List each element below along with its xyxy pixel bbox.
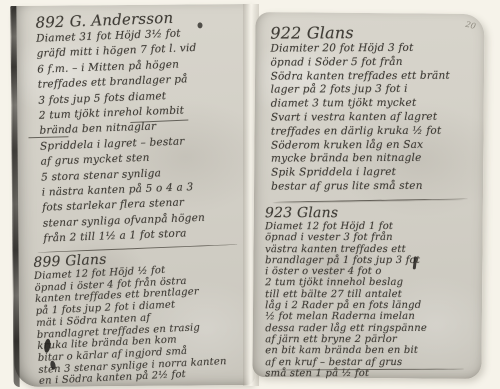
entry-heading: 923 Glans bbox=[265, 205, 473, 221]
scanned-notebook-spread: 892 G. Andersson Diamet 31 fot Höjd 3½ f… bbox=[0, 0, 500, 389]
handwritten-line: Spik Spriddela i lagret bbox=[271, 166, 476, 181]
handwritten-line: af järn ett bryne 2 pärlor bbox=[265, 334, 473, 346]
handwritten-line: en bit kam brända ben en bit bbox=[265, 345, 473, 357]
handwritten-line: treffades en därlig kruka ½ fot bbox=[271, 124, 476, 139]
entry-body: Diamiter 20 fot Höjd 3 fotöpnad i Söder … bbox=[270, 42, 476, 195]
handwritten-line: öpnad i vester 3 fot från bbox=[265, 232, 473, 244]
handwritten-line: lager på 2 fots jup 3 fot i bbox=[271, 83, 476, 98]
handwritten-line: dessa rader låg ett ringspänne bbox=[265, 322, 473, 334]
journal-entry-922: 922 Glans Diamiter 20 fot Höjd 3 fotöpna… bbox=[270, 23, 476, 195]
journal-entry-892: 892 G. Andersson Diamet 31 fot Höjd 3½ f… bbox=[35, 6, 251, 247]
handwritten-line: ½ fot melan Raderna imelan bbox=[265, 311, 473, 323]
handwritten-line: af en kruf – bestar af grus bbox=[265, 356, 473, 368]
handwritten-line: Södra kanten treffades ett bränt bbox=[271, 69, 476, 84]
handwritten-line: Söderom kruken låg en Sax bbox=[271, 138, 476, 153]
handwritten-line: Svart i vestra kanten af lagret bbox=[271, 110, 476, 125]
ink-divider bbox=[272, 198, 468, 202]
handwritten-line: i öster o vester 4 fot o bbox=[265, 266, 473, 278]
handwritten-line: Diamet 12 fot Höjd 1 fot bbox=[265, 221, 473, 233]
handwritten-line: bestar af grus lite små sten bbox=[271, 179, 476, 194]
handwritten-line: 2 tum tjökt innehol beslag bbox=[265, 277, 473, 289]
handwritten-line: mycke brända ben nitnagle bbox=[271, 152, 476, 167]
handwritten-line: brandlager på 1 fots jup 3 fot bbox=[265, 255, 473, 267]
handwritten-line: låg i 2 Rader på en fots längd bbox=[265, 300, 473, 312]
handwritten-line: till ett bälte 27 till antalet bbox=[265, 289, 473, 301]
entry-body: Diamet 12 fot Höjd 1 fotöpnad i vester 3… bbox=[265, 221, 473, 380]
right-page: 20 922 Glans Diamiter 20 fot Höjd 3 fotö… bbox=[252, 12, 484, 379]
journal-entry-899: 899 Glans Diamet 12 fot Höjd ½ fotöpnad … bbox=[33, 245, 254, 388]
left-page-torn-edge bbox=[10, 6, 19, 387]
handwritten-line: västra kanten treffades ett bbox=[265, 243, 473, 255]
handwritten-line: diamet 3 tum tjökt mycket bbox=[271, 97, 476, 112]
ink-speck bbox=[197, 22, 202, 28]
journal-entry-923: 923 Glans Diamet 12 fot Höjd 1 fotöpnad … bbox=[265, 205, 473, 380]
entry-body: Diamet 12 fot Höjd ½ fotöpnad i öster 4 … bbox=[34, 261, 254, 388]
left-page: 892 G. Andersson Diamet 31 fot Höjd 3½ f… bbox=[11, 4, 254, 387]
entry-heading: 922 Glans bbox=[270, 23, 475, 43]
handwritten-line: öpnad i Söder 5 fot från bbox=[270, 55, 475, 70]
handwritten-line: Diamiter 20 fot Höjd 3 fot bbox=[270, 42, 475, 57]
